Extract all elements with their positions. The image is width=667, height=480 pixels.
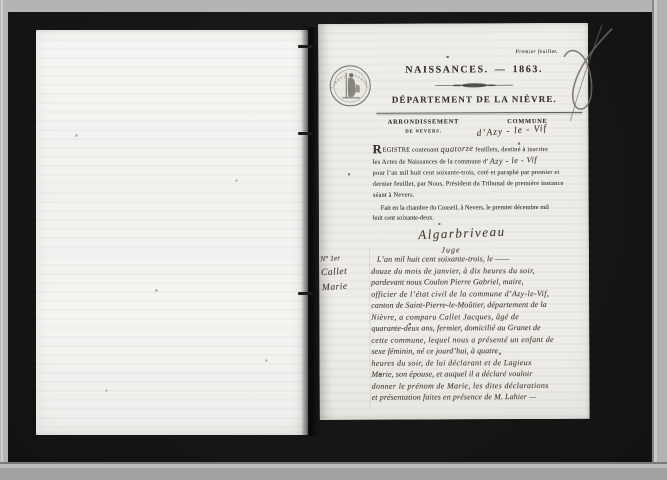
page-title: NAISSANCES. — 1863. [363,64,585,76]
scanner-border-right [652,0,667,462]
act-margin-note: N° 1er Callet Marie [320,249,370,297]
register-page: TIMBRE IMPÉRIAL Premier feuillet. NAISSA… [318,23,590,420]
arrondissement-label: ARRONDISSEMENT [376,118,470,125]
act-line: Marie, son épouse, et auquel il a déclar… [372,368,588,380]
act-given-name: Marie [322,279,371,297]
registre-line: séant à Nevers. [373,189,587,201]
act-line: douze du mois de janvier, à dix heures d… [371,264,587,276]
scanner-edge-line [1,0,3,480]
drop-initial: R [373,142,383,156]
certification-line: huit cent soixante-deux. [373,213,587,224]
act-body: L’an mil huit cent soixante-trois, le ——… [371,253,588,403]
handwritten-commune: Azy - le - Vif [490,154,538,167]
act-line: pardevant nous Coulon Pierre Gabriel, ma… [371,276,587,288]
certification-paragraph: Fait en la chambre du Conseil, à Nevers,… [373,203,587,224]
arrondissement-block: ARRONDISSEMENT DE NEVERS. [376,118,470,134]
act-line: officier de l’état civil de la commune d… [371,287,587,299]
blank-left-page [36,30,308,435]
judge-signature: Algarbriveau [377,222,547,245]
act-line: heures du soir, de lui déclarant et de L… [371,356,587,368]
act-line: cette commune, lequel nous a présenté un… [371,333,587,345]
registre-line: REGISTRE contenant quatorze feuillets, d… [373,143,587,156]
binding-stitch [298,132,313,135]
handwritten-sheet-count: quatorze [440,143,473,155]
act-line: et présentation faites en présence de M.… [372,391,588,403]
act-line: Nièvre, a comparu Callet Jacques, âgé de [371,310,587,322]
sheet-number-note: Premier feuillet. [478,49,558,55]
dust-specks [36,30,37,31]
ornament-divider-icon [429,81,519,89]
binding-stitch [298,45,313,48]
scanner-border-bottom [0,462,667,480]
registre-text: les Actes de Naissances de la commune d’ [373,158,490,166]
binding-stitch [298,292,313,295]
act-line: canton de Saint-Pierre-le-Moûtier, dépar… [371,299,587,311]
act-line: donner le prénom de Marie, les dites déc… [372,379,588,391]
ink-specks [318,24,319,25]
department-heading: DÉPARTEMENT DE LA NIÈVRE. [358,94,590,105]
register-scan: TIMBRE IMPÉRIAL Premier feuillet. NAISSA… [0,0,667,480]
registre-line: les Actes de Naissances de la commune d’… [373,155,587,168]
registre-text: feuillets, destiné à inscrire [473,146,548,153]
registre-paragraph: REGISTRE contenant quatorze feuillets, d… [373,143,587,201]
act-line: L’an mil huit cent soixante-trois, le —— [371,253,587,265]
registre-text: EGISTRE contenant [383,146,441,153]
registre-line: dernier feuillet, par Nous, Président du… [373,178,587,190]
act-line: quarante-deux ans, fermier, domicilié au… [371,322,587,334]
arrondissement-value: DE NEVERS. [376,129,470,134]
act-line: sexe féminin, né ce jourd’hui, à quatre [371,345,587,357]
